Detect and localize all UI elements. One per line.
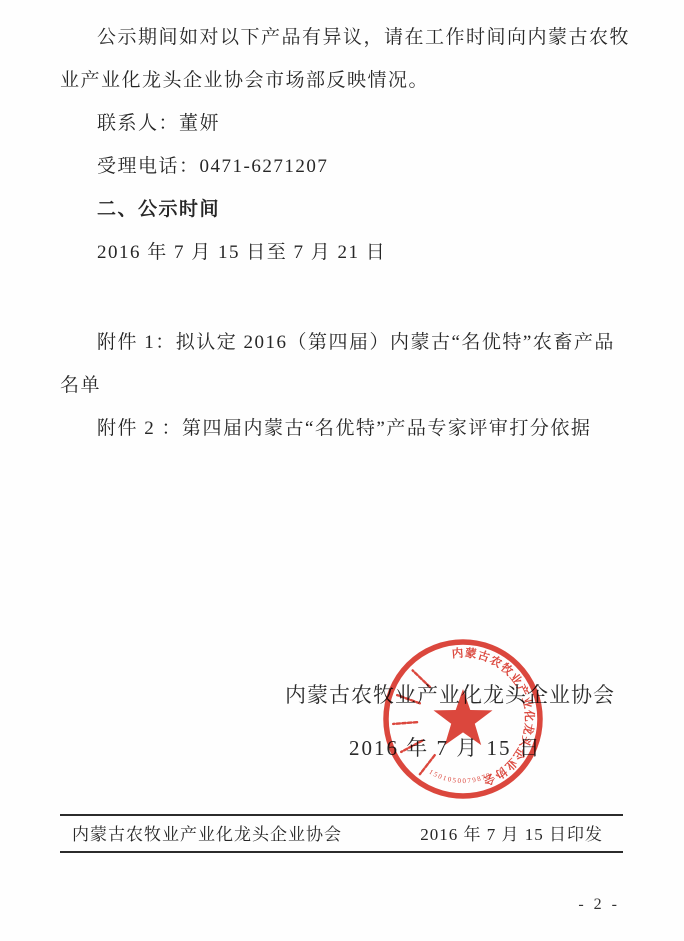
document-page: 公示期间如对以下产品有异议，请在工作时间向内蒙古农牧 业产业化龙头企业协会市场部… (0, 0, 684, 941)
body-line-daterange: 2016 年 7 月 15 日至 7 月 21 日 (97, 242, 386, 264)
footer-issuer: 内蒙古农牧业产业化龙头企业协会 (72, 820, 342, 845)
body-line-notice-2: 业产业化龙头企业协会市场部反映情况。 (60, 70, 429, 92)
footer-print-date: 2016 年 7 月 15 日印发 (420, 820, 603, 845)
attachment-1-cont: 名单 (60, 375, 101, 397)
official-seal: 内蒙古农牧业产业化龙头企业协会 1501050079879 (377, 633, 549, 805)
body-line-phone: 受理电话：0471-6271207 (97, 156, 328, 178)
seal-graphic: 内蒙古农牧业产业化龙头企业协会 1501050079879 (377, 633, 549, 805)
footer: 内蒙古农牧业产业化龙头企业协会 2016 年 7 月 15 日印发 (60, 820, 623, 845)
section-heading-time: 二、公示时间 (97, 199, 220, 221)
seal-serial: 1501050079879 (428, 768, 493, 785)
footer-rule-top (60, 814, 623, 816)
body-line-notice-1: 公示期间如对以下产品有异议，请在工作时间向内蒙古农牧 (97, 27, 630, 49)
page-number: - 2 - (578, 896, 620, 914)
attachment-1-line: 附件 1：拟认定 2016（第四届）内蒙古“名优特”农畜产品 (97, 332, 615, 354)
seal-star-icon (434, 689, 493, 745)
body-line-contact: 联系人：董妍 (97, 113, 220, 135)
footer-rule-bottom (60, 851, 623, 853)
attachment-2-line: 附件 2 ：第四届内蒙古“名优特”产品专家评审打分依据 (97, 418, 591, 440)
